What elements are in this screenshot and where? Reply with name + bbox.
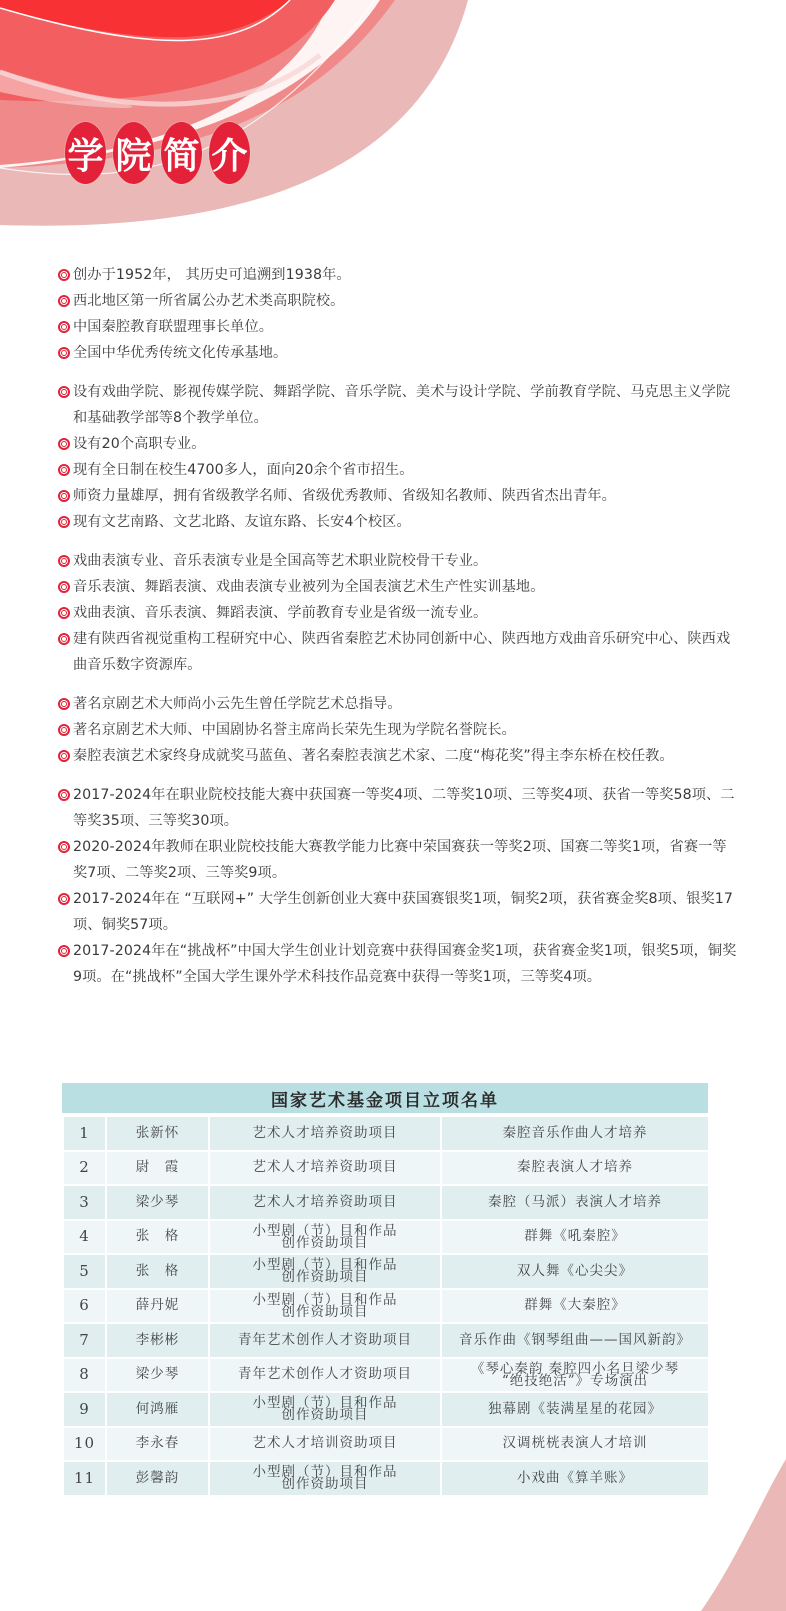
double-circle-bullet-icon [58, 789, 70, 801]
intro-list-item: 秦腔表演艺术家终身成就奖马蓝鱼、著名秦腔表演艺术家、二度“梅花奖”得主李东桥在校… [58, 743, 738, 769]
funding-type-cell: 艺术人才培养资助项目 [209, 1185, 441, 1220]
intro-list-item: 2017-2024年在职业院校技能大赛中获国赛一等奖4项、二等奖10项、三等奖4… [58, 782, 738, 834]
intro-item-text: 戏曲表演专业、音乐表演专业是全国高等艺术职业院校骨干专业。 [73, 553, 487, 569]
table-row: 10李永春艺术人才培训资助项目汉调桄桄表演人才培训 [63, 1427, 709, 1462]
intro-item-text: 著名京剧艺术大师尚小云先生曾任学院艺术总指导。 [73, 696, 402, 712]
section-title: 学 院 简 介 [65, 122, 250, 184]
intro-item-text: 建有陕西省视觉重构工程研究中心、陕西省秦腔艺术协同创新中心、陕西地方戏曲音乐研究… [73, 631, 730, 673]
intro-group: 创办于1952年， 其历史可追溯到1938年。西北地区第一所省属公办艺术类高职院… [58, 262, 738, 366]
person-name-cell: 李永春 [106, 1427, 209, 1462]
funding-type-cell: 艺术人才培养资助项目 [209, 1116, 441, 1151]
fund-project-table: 国家艺术基金项目立项名单 1张新怀艺术人才培养资助项目秦腔音乐作曲人才培养2尉 … [62, 1083, 708, 1497]
table-row: 4张 格小型剧（节）目和作品 创作资助项目群舞《吼秦腔》 [63, 1220, 709, 1255]
intro-item-text: 著名京剧艺术大师、中国剧协名誉主席尚长荣先生现为学院名誉院长。 [73, 722, 516, 738]
funding-type-cell: 小型剧（节）目和作品 创作资助项目 [209, 1392, 441, 1427]
title-char-badge: 简 [161, 122, 202, 184]
project-title-cell: 音乐作曲《钢琴组曲——国风新韵》 [441, 1323, 709, 1358]
table-title: 国家艺术基金项目立项名单 [62, 1083, 708, 1115]
double-circle-bullet-icon [58, 490, 70, 502]
person-name-cell: 何鸿雁 [106, 1392, 209, 1427]
table-row: 7李彬彬青年艺术创作人才资助项目音乐作曲《钢琴组曲——国风新韵》 [63, 1323, 709, 1358]
intro-item-text: 秦腔表演艺术家终身成就奖马蓝鱼、著名秦腔表演艺术家、二度“梅花奖”得主李东桥在校… [73, 748, 674, 764]
intro-item-text: 音乐表演、舞蹈表演、戏曲表演专业被列为全国表演艺术生产性实训基地。 [73, 579, 545, 595]
person-name-cell: 张新怀 [106, 1116, 209, 1151]
intro-list-item: 著名京剧艺术大师尚小云先生曾任学院艺术总指导。 [58, 691, 738, 717]
project-title-cell: 群舞《吼秦腔》 [441, 1220, 709, 1255]
funding-type-cell: 艺术人才培养资助项目 [209, 1151, 441, 1186]
intro-item-text: 中国秦腔教育联盟理事长单位。 [73, 319, 273, 335]
table-row: 9何鸿雁小型剧（节）目和作品 创作资助项目独幕剧《装满星星的花园》 [63, 1392, 709, 1427]
double-circle-bullet-icon [58, 607, 70, 619]
double-circle-bullet-icon [58, 516, 70, 528]
table-row: 6薛丹妮小型剧（节）目和作品 创作资助项目群舞《大秦腔》 [63, 1289, 709, 1324]
row-number-cell: 3 [63, 1185, 106, 1220]
corner-swoosh-decoration [676, 1451, 786, 1611]
person-name-cell: 梁少琴 [106, 1185, 209, 1220]
project-title-cell: 秦腔（马派）表演人才培养 [441, 1185, 709, 1220]
row-number-cell: 9 [63, 1392, 106, 1427]
project-title-cell: 《琴心秦韵 秦腔四小名旦梁少琴 “绝技绝活”》专场演出 [441, 1358, 709, 1393]
intro-list-item: 2017-2024年在“挑战杯”中国大学生创业计划竞赛中获得国赛金奖1项，获省赛… [58, 938, 738, 990]
intro-list-item: 2017-2024年在 “互联网+” 大学生创新创业大赛中获国赛银奖1项，铜奖2… [58, 886, 738, 938]
double-circle-bullet-icon [58, 724, 70, 736]
intro-item-text: 设有戏曲学院、影视传媒学院、舞蹈学院、音乐学院、美术与设计学院、学前教育学院、马… [73, 384, 730, 426]
intro-list-item: 建有陕西省视觉重构工程研究中心、陕西省秦腔艺术协同创新中心、陕西地方戏曲音乐研究… [58, 626, 738, 678]
funding-type-cell: 小型剧（节）目和作品 创作资助项目 [209, 1461, 441, 1496]
intro-list-item: 西北地区第一所省属公办艺术类高职院校。 [58, 288, 738, 314]
intro-item-text: 西北地区第一所省属公办艺术类高职院校。 [73, 293, 344, 309]
intro-group: 设有戏曲学院、影视传媒学院、舞蹈学院、音乐学院、美术与设计学院、学前教育学院、马… [58, 379, 738, 535]
double-circle-bullet-icon [58, 347, 70, 359]
double-circle-bullet-icon [58, 945, 70, 957]
table-row: 8梁少琴青年艺术创作人才资助项目《琴心秦韵 秦腔四小名旦梁少琴 “绝技绝活”》专… [63, 1358, 709, 1393]
double-circle-bullet-icon [58, 295, 70, 307]
double-circle-bullet-icon [58, 555, 70, 567]
title-char-badge: 院 [113, 122, 154, 184]
table-row: 1张新怀艺术人才培养资助项目秦腔音乐作曲人才培养 [63, 1116, 709, 1151]
project-title-cell: 秦腔表演人才培养 [441, 1151, 709, 1186]
intro-item-text: 师资力量雄厚，拥有省级教学名师、省级优秀教师、省级知名教师、陕西省杰出青年。 [73, 488, 616, 504]
project-title-cell: 双人舞《心尖尖》 [441, 1254, 709, 1289]
intro-item-text: 2017-2024年在 “互联网+” 大学生创新创业大赛中获国赛银奖1项，铜奖2… [73, 891, 733, 933]
project-title-cell: 汉调桄桄表演人才培训 [441, 1427, 709, 1462]
intro-item-text: 创办于1952年， 其历史可追溯到1938年。 [73, 267, 351, 283]
row-number-cell: 7 [63, 1323, 106, 1358]
row-number-cell: 11 [63, 1461, 106, 1496]
funding-type-cell: 小型剧（节）目和作品 创作资助项目 [209, 1220, 441, 1255]
intro-list-item: 中国秦腔教育联盟理事长单位。 [58, 314, 738, 340]
double-circle-bullet-icon [58, 269, 70, 281]
intro-list-item: 音乐表演、舞蹈表演、戏曲表演专业被列为全国表演艺术生产性实训基地。 [58, 574, 738, 600]
double-circle-bullet-icon [58, 893, 70, 905]
intro-list-item: 现有文艺南路、文艺北路、友谊东路、长安4个校区。 [58, 509, 738, 535]
person-name-cell: 张 格 [106, 1254, 209, 1289]
intro-item-text: 2020-2024年教师在职业院校技能大赛教学能力比赛中荣国赛获一等奖2项、国赛… [73, 839, 727, 881]
funding-type-cell: 青年艺术创作人才资助项目 [209, 1358, 441, 1393]
table-row: 5张 格小型剧（节）目和作品 创作资助项目双人舞《心尖尖》 [63, 1254, 709, 1289]
intro-item-text: 2017-2024年在职业院校技能大赛中获国赛一等奖4项、二等奖10项、三等奖4… [73, 787, 735, 829]
double-circle-bullet-icon [58, 386, 70, 398]
project-title-cell: 秦腔音乐作曲人才培养 [441, 1116, 709, 1151]
intro-group: 戏曲表演专业、音乐表演专业是全国高等艺术职业院校骨干专业。音乐表演、舞蹈表演、戏… [58, 548, 738, 678]
double-circle-bullet-icon [58, 321, 70, 333]
project-title-cell: 群舞《大秦腔》 [441, 1289, 709, 1324]
title-char-badge: 介 [209, 122, 250, 184]
intro-list-item: 著名京剧艺术大师、中国剧协名誉主席尚长荣先生现为学院名誉院长。 [58, 717, 738, 743]
intro-content: 创办于1952年， 其历史可追溯到1938年。西北地区第一所省属公办艺术类高职院… [58, 262, 738, 1003]
intro-item-text: 现有文艺南路、文艺北路、友谊东路、长安4个校区。 [73, 514, 411, 530]
intro-list-item: 戏曲表演专业、音乐表演专业是全国高等艺术职业院校骨干专业。 [58, 548, 738, 574]
funding-type-cell: 青年艺术创作人才资助项目 [209, 1323, 441, 1358]
person-name-cell: 薛丹妮 [106, 1289, 209, 1324]
intro-list-item: 2020-2024年教师在职业院校技能大赛教学能力比赛中荣国赛获一等奖2项、国赛… [58, 834, 738, 886]
intro-item-text: 戏曲表演、音乐表演、舞蹈表演、学前教育专业是省级一流专业。 [73, 605, 487, 621]
person-name-cell: 张 格 [106, 1220, 209, 1255]
intro-list-item: 创办于1952年， 其历史可追溯到1938年。 [58, 262, 738, 288]
double-circle-bullet-icon [58, 464, 70, 476]
person-name-cell: 梁少琴 [106, 1358, 209, 1393]
project-title-cell: 小戏曲《算羊账》 [441, 1461, 709, 1496]
intro-list-item: 现有全日制在校生4700多人，面向20余个省市招生。 [58, 457, 738, 483]
intro-item-text: 全国中华优秀传统文化传承基地。 [73, 345, 287, 361]
row-number-cell: 2 [63, 1151, 106, 1186]
table-row: 11彭馨韵小型剧（节）目和作品 创作资助项目小戏曲《算羊账》 [63, 1461, 709, 1496]
funding-type-cell: 艺术人才培训资助项目 [209, 1427, 441, 1462]
person-name-cell: 尉 霞 [106, 1151, 209, 1186]
row-number-cell: 6 [63, 1289, 106, 1324]
table-row: 2尉 霞艺术人才培养资助项目秦腔表演人才培养 [63, 1151, 709, 1186]
double-circle-bullet-icon [58, 698, 70, 710]
intro-item-text: 现有全日制在校生4700多人，面向20余个省市招生。 [73, 462, 414, 478]
double-circle-bullet-icon [58, 581, 70, 593]
table-row: 3梁少琴艺术人才培养资助项目秦腔（马派）表演人才培养 [63, 1185, 709, 1220]
funding-type-cell: 小型剧（节）目和作品 创作资助项目 [209, 1254, 441, 1289]
funding-type-cell: 小型剧（节）目和作品 创作资助项目 [209, 1289, 441, 1324]
person-name-cell: 彭馨韵 [106, 1461, 209, 1496]
intro-group: 2017-2024年在职业院校技能大赛中获国赛一等奖4项、二等奖10项、三等奖4… [58, 782, 738, 990]
person-name-cell: 李彬彬 [106, 1323, 209, 1358]
header-swoosh-decoration [0, 0, 786, 240]
intro-group: 著名京剧艺术大师尚小云先生曾任学院艺术总指导。著名京剧艺术大师、中国剧协名誉主席… [58, 691, 738, 769]
intro-item-text: 设有20个高职专业。 [73, 436, 206, 452]
row-number-cell: 4 [63, 1220, 106, 1255]
double-circle-bullet-icon [58, 750, 70, 762]
row-number-cell: 1 [63, 1116, 106, 1151]
intro-list-item: 戏曲表演、音乐表演、舞蹈表演、学前教育专业是省级一流专业。 [58, 600, 738, 626]
intro-item-text: 2017-2024年在“挑战杯”中国大学生创业计划竞赛中获得国赛金奖1项，获省赛… [73, 943, 736, 985]
row-number-cell: 5 [63, 1254, 106, 1289]
row-number-cell: 10 [63, 1427, 106, 1462]
project-title-cell: 独幕剧《装满星星的花园》 [441, 1392, 709, 1427]
intro-list-item: 师资力量雄厚，拥有省级教学名师、省级优秀教师、省级知名教师、陕西省杰出青年。 [58, 483, 738, 509]
row-number-cell: 8 [63, 1358, 106, 1393]
intro-list-item: 设有20个高职专业。 [58, 431, 738, 457]
double-circle-bullet-icon [58, 841, 70, 853]
double-circle-bullet-icon [58, 633, 70, 645]
double-circle-bullet-icon [58, 438, 70, 450]
title-char-badge: 学 [65, 122, 106, 184]
intro-list-item: 全国中华优秀传统文化传承基地。 [58, 340, 738, 366]
intro-list-item: 设有戏曲学院、影视传媒学院、舞蹈学院、音乐学院、美术与设计学院、学前教育学院、马… [58, 379, 738, 431]
